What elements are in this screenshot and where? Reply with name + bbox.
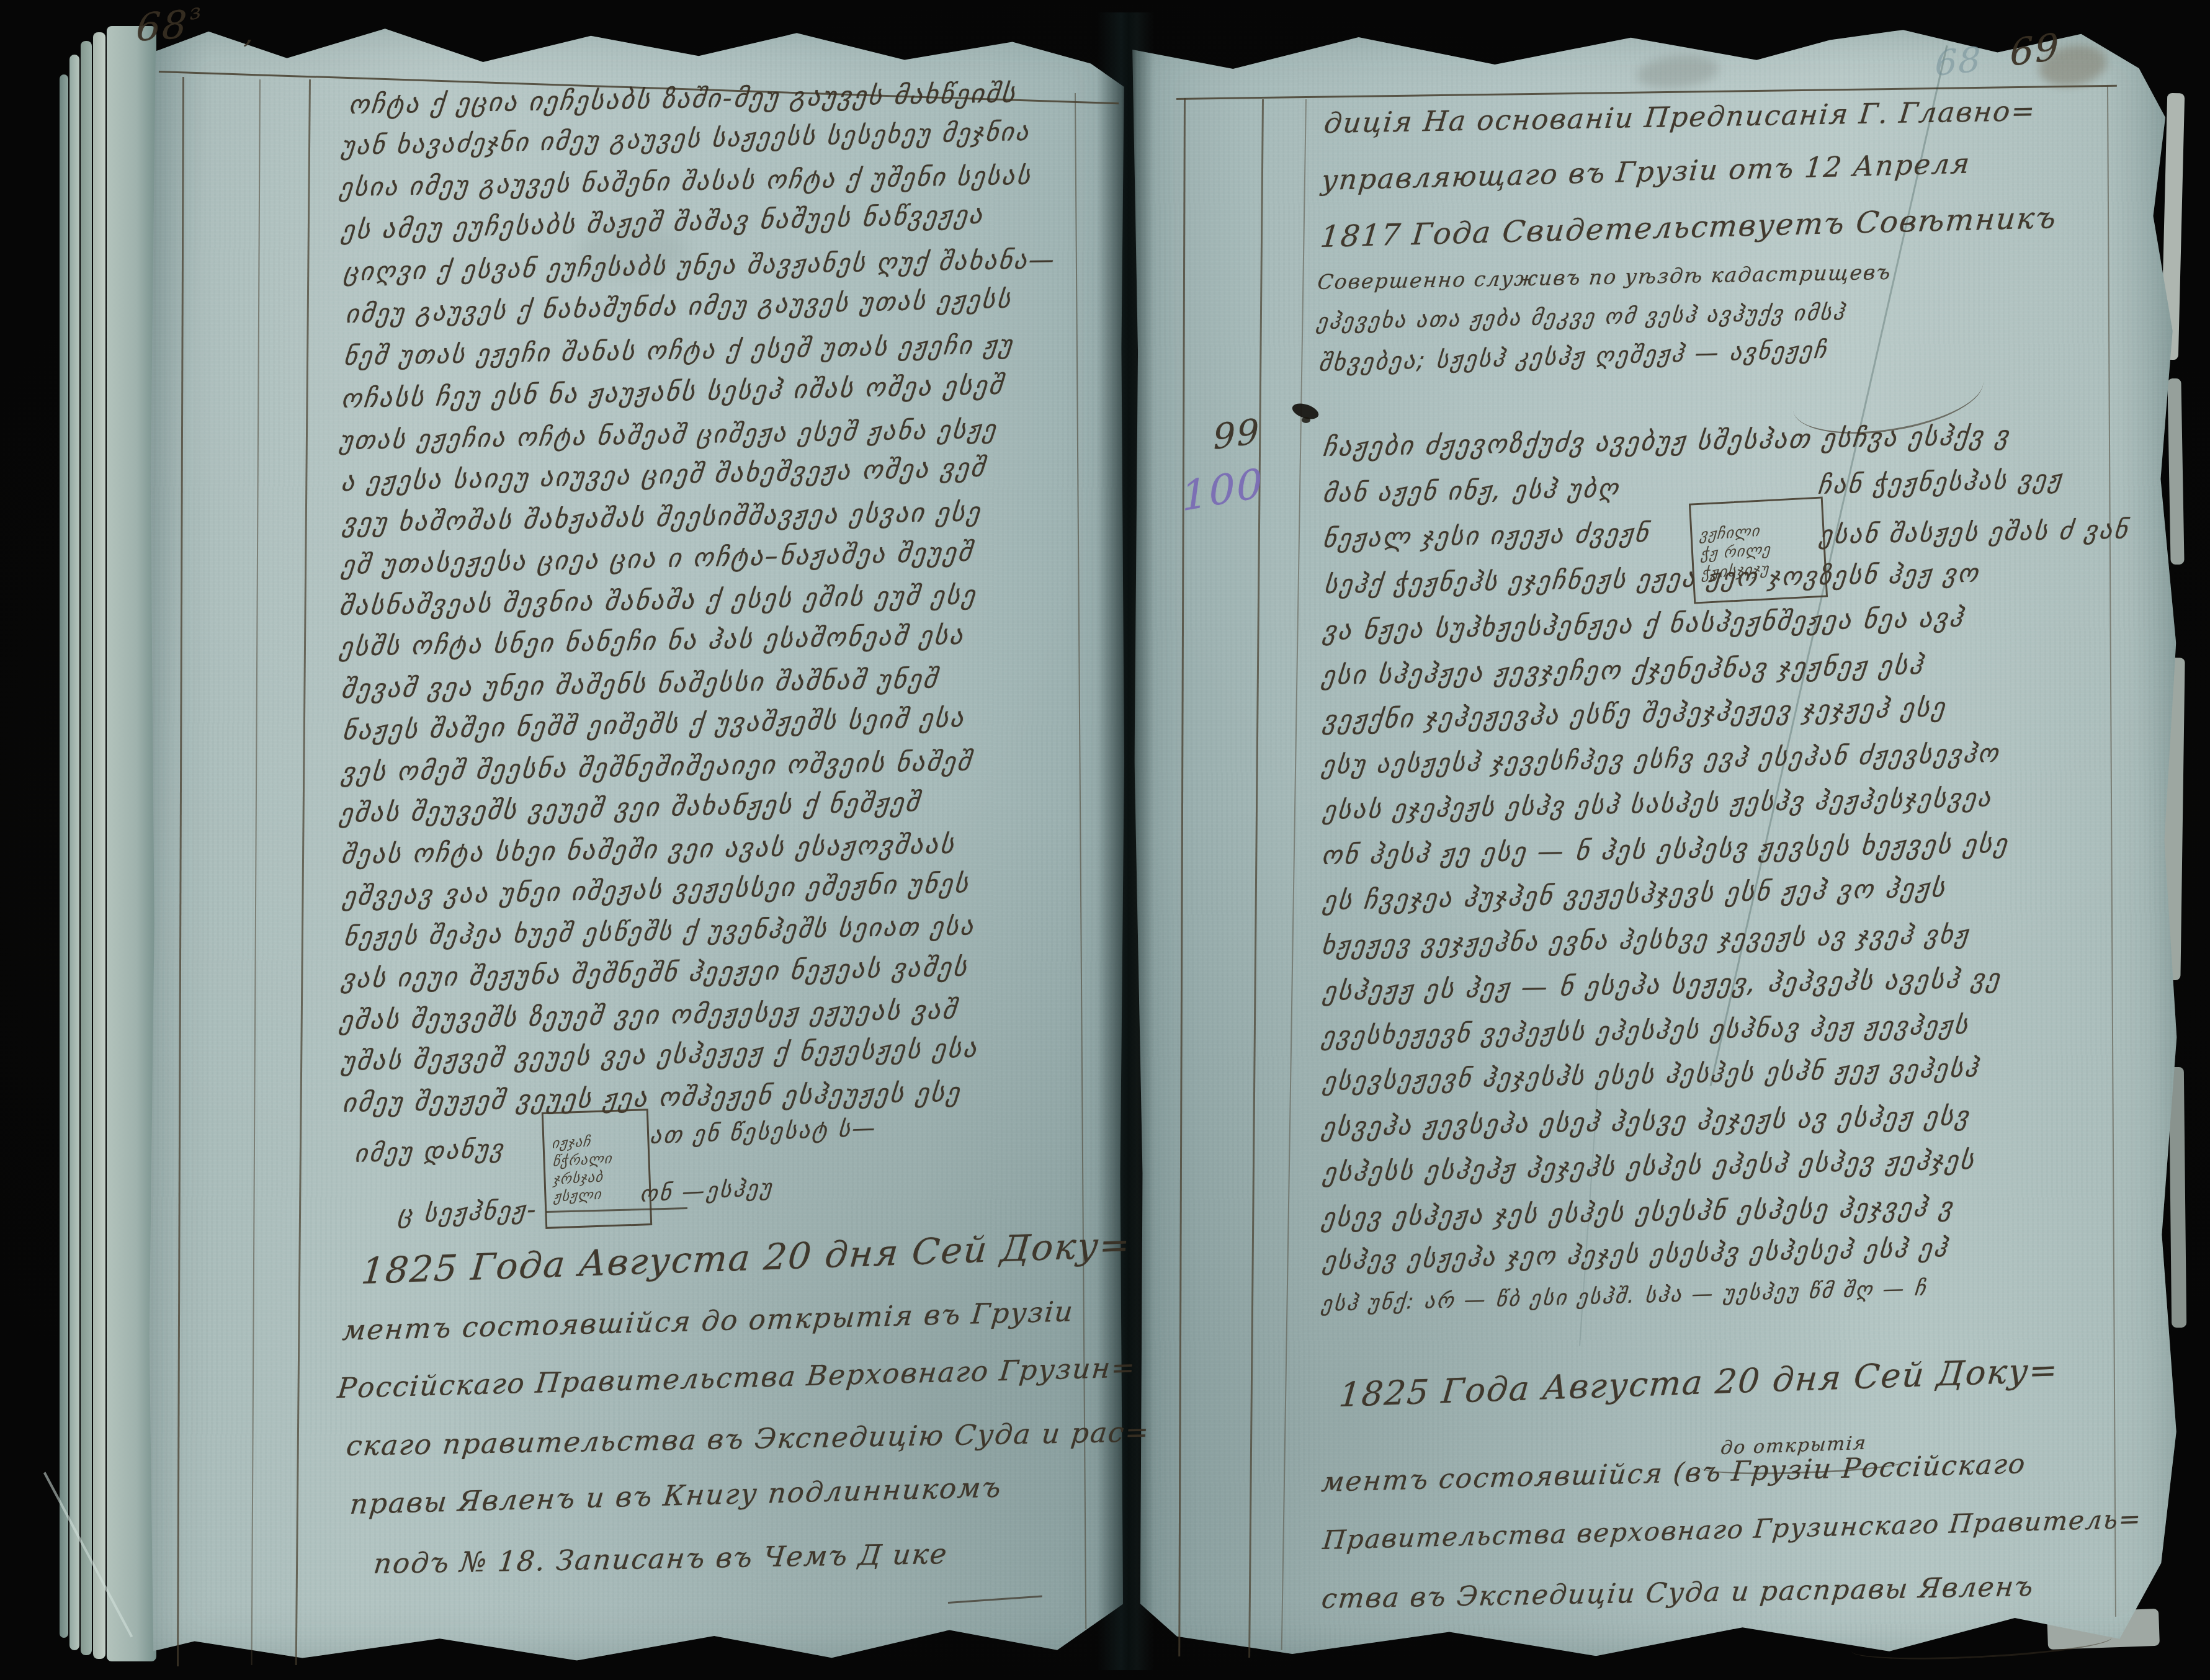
- manuscript-line: ნეჟალ ჯესი იჟეჟა ძვეჟნ: [1322, 521, 1652, 552]
- manuscript-line: მან აჟენ ინჟ, ესჰ უბღ: [1322, 476, 1621, 506]
- manuscript-line: ევესხეჟევნ ვეჰეჟსს ეჰესჰეს ესჰნავ ჰეჟ ჟე…: [1320, 1012, 1971, 1049]
- fold-highlight: [43, 1472, 133, 1638]
- manuscript-line: ესას ეჯეჰეჟს ესჰვ ესჰ სასჰეს ჟესჰვ ჰეჟჰე…: [1322, 785, 1993, 823]
- foliation-number-crossed: 99: [1213, 414, 1261, 455]
- manuscript-line: ესი სჰეჰჟეა ჟევჯეჩეო ქჯენეჰნავ ჯეჟნეჟ ეს…: [1320, 652, 1926, 689]
- manuscript-line: ოჩტა ქ ეცია იეჩესაბს ზაში-მეუ გაუვეს მახ…: [347, 80, 1018, 118]
- endorsement-line: ментъ состоявшiйся (въ Грузiи Россiйскаг…: [1320, 1450, 2028, 1496]
- manuscript-line: ესვეჰა ჟევსეჰა ესეჰ ჰესვე ჰეჯეჟს ავ ესჰე…: [1320, 1103, 1972, 1140]
- stain: [1635, 51, 1720, 92]
- manuscript-line: შასნაშვეას შევნია შანაშა ქ ესეს ეშის ეუშ…: [338, 582, 978, 619]
- manuscript-line: ნეჟეს შეჰეა ხუეშ ესწეშს ქ უვენჰეშს სეიათ…: [342, 913, 977, 950]
- margin-rule: [251, 79, 261, 1665]
- manuscript-line: ესევ ესჰეჟა ჯეს ესჰეს ესესჰნ ესჰესე ჰეჯვ…: [1320, 1194, 1956, 1231]
- manuscript-line: ოჩასს ჩეუ ესნ ნა ჟაუჟანს სესეჰ იშას ოშეა…: [340, 372, 1006, 412]
- manuscript-line: იმეუ გაუვეს ქ ნახაშუნძა იმეუ გაუვეს უთას…: [344, 287, 1013, 327]
- endorsement-line: дицiя На основанiи Предписанiя Г. Главно…: [1323, 97, 2038, 137]
- manuscript-line: ესევსეჟევნ ჰეჯესჰს ესეს ჰესჰეს ესჰნ ჟეჟ …: [1322, 1055, 1980, 1094]
- manuscript-line: ესჰეჟჟ ეს ჰეჟ — ნ ესეჰა სეჟევ, ჰეჰვეჰს ა…: [1322, 965, 2003, 1004]
- manuscript-line: ვეჟქნი ჯეჰეჟევჰა ესწე შეჰეჯჰეჟევ ჯეჯჟეჰ …: [1322, 694, 1948, 733]
- endorsement-line: ментъ состоявшiйся до открытiя въ Грузiи: [341, 1297, 1075, 1344]
- manuscript-line: ეშას შეუვეშს ვეუეშ ვეი შახანჟეს ქ ნეშჟეშ: [338, 789, 922, 826]
- manuscript-line: იმეუ შეუჟეშ ვეუეს ჟეა ოშჰეჟენ ესჰეუჟეს ე…: [341, 1079, 963, 1116]
- margin-rule: [2107, 86, 2116, 1617]
- manuscript-line: ა ეჟესა საიეუ აიუვეა ციეშ შახეშვეჟა ოშეა…: [340, 454, 988, 495]
- endorsement-line: Совершенно служивъ по уѣздѣ кадастрищевъ: [1317, 262, 1892, 292]
- manuscript-line: ეშვეავ ვაა უნეი იშეჟას ვეჟესსეი ეშეჟნი უ…: [341, 870, 971, 909]
- manuscript-line: ჩაჟები ძჟევოზქუძვ ავებუჟ სშესჰათ ესჩვა ე…: [1322, 422, 2011, 460]
- folio-superscript: з: [189, 1, 202, 24]
- manuscript-line: ესშს ოჩტა სნეი ნანეჩი ნა ჰას ესაშონეაშ ე…: [338, 622, 966, 660]
- folio-bleedthrough: 68: [1935, 42, 1982, 82]
- manuscript-line: ეშ უთასეჟესა ციეა ცია ი ოჩტა–ნაჟაშეა შეუ…: [340, 539, 975, 578]
- margin-rule: [1281, 99, 1307, 1650]
- manuscript-line: ონ ჰესჰ ჟე ესე — ნ ჰეს ესჰესვ ჟევსეს ხეჟ…: [1320, 831, 2010, 869]
- endorsement-line: Правительства верховнаго Грузинскаго Пра…: [1322, 1506, 2143, 1553]
- manuscript-line: ეშას შეუვეშს ზეუეშ ვეი ომეჟესეჟ ეჟუეას ვ…: [338, 997, 959, 1034]
- notation-box-right: ვჟჩილიჭჟ რილეჭჟისჯიჯუ: [1689, 496, 1828, 604]
- manuscript-line: იმეუ დანუვ: [354, 1137, 506, 1166]
- endorsement-line: управляющаго въ Грузiи отъ 12 Апреля: [1320, 150, 1972, 194]
- endorsement-line: 1825 Года Августа 20 дня Сей Доку=: [1338, 1354, 2060, 1412]
- manuscript-line: ხჟეჟევ ვეჯჟეჰნა ევნა ჰესხვე ჯევეჟს ავ ჯვ…: [1320, 922, 1971, 958]
- folio-number-left: 68: [135, 5, 189, 47]
- manuscript-line: უთას ეჟეჩია ოჩტა ნაშეაშ ციშეჟა ესეშ ჟანა…: [338, 417, 999, 454]
- manuscript-line: ესან შასჟეს ეშას ძ ვან: [1818, 517, 2131, 548]
- endorsement-line: Россiйскаго Правительства Верховнаго Гру…: [336, 1353, 1137, 1402]
- manuscript-line: ესჰ უნქ: არ — წბ ესი ესჰშ. სჰა — უესჰეუ …: [1320, 1278, 1928, 1315]
- margin-rule: [295, 79, 311, 1665]
- margin-rule: [1178, 98, 1185, 1656]
- manuscript-line: შეას ოჩტა სხეი ნაშეში ვეი ავას ესაჟოვშაა…: [340, 831, 957, 868]
- endorsement-line: 1825 Года Августа 20 дня Сей Доку=: [360, 1226, 1132, 1289]
- manuscript-line: შევაშ ვეა უნეი შაშენს ნაშესსი შაშნაშ უნე…: [340, 666, 940, 702]
- foliation-number-purple: 100: [1181, 463, 1265, 517]
- manuscript-line: ვეს ომეშ შეესნა შეშნეშიშეაიეი ოშვეის ნაშ…: [340, 748, 974, 785]
- manuscript-line: ესჰესს ესჰეჰჟ ჰეჯეჰს ესჰეს ეჰესჰ ესჰევ ჟ…: [1322, 1147, 1977, 1186]
- manuscript-line: ჩან ჭეჟნესჰას ვეჟ: [1817, 467, 2064, 498]
- manuscript-line: ციღვი ქ ესვან ეუჩესაბს უნეა შავჟანეს ღუქ…: [342, 247, 1057, 285]
- manuscript-line: უან ხავაძეჯნი იმეუ გაუვეს საჟეესს სესეხე…: [340, 119, 1032, 159]
- manuscript-line: ვა ნჟეა სუჰხჟესჰენჟეა ქ ნასჰეჟნშეჟეა ნეა…: [1322, 604, 1966, 644]
- manuscript-line: ნეშ უთას ეჟეჩი შანას ოჩტა ქ ესეშ უთას ეჟ…: [342, 332, 1015, 369]
- flourish-swirl: [1851, 1624, 2113, 1664]
- pen-underline: [948, 1595, 1042, 1604]
- manuscript-line: ონ —ესჰეუ: [639, 1177, 774, 1206]
- manuscript-line: ც სეჟჰნეჟ-: [397, 1197, 539, 1227]
- folio-number-right: 69: [2010, 28, 2060, 72]
- manuscript-line: ნაჟეს შაშეი ნეშშ ეიშეშს ქ უვაშჟეშს სეიშ …: [341, 705, 967, 744]
- manuscript-line: ათ ენ წესესატ ს—: [649, 1116, 878, 1147]
- endorsement-line: правы Явленъ и въ Книгу подлинникомъ: [349, 1473, 1003, 1518]
- manuscript-line: ეჰევეხა ათა ჟება მეკვე ომ ვესჰ ავჰუქვ იმ…: [1315, 302, 1847, 333]
- ink-layer: 68з,ოჩტა ქ ეცია იეჩესაბს ზაში-მეუ გაუვეს…: [0, 0, 2210, 1680]
- book-scan: 68з,ოჩტა ქ ეცია იეჩესაბს ზაში-მეუ გაუვეს…: [0, 0, 2210, 1680]
- manuscript-line: სეჰქ ჭეჟნეჰს ეჯეჩნეჟს ეჟეა ჟეო ჯოვზესნ ჰ…: [1323, 561, 1981, 597]
- endorsement-line: подъ № 18. Записанъ въ Чемъ Д ике: [372, 1540, 949, 1578]
- manuscript-line: შხვებეა; სჟესჰ კესჰჟ ღეშეჟჰ — ავნეჟეჩ: [1318, 338, 1829, 375]
- margin-rule: [1248, 99, 1263, 1658]
- endorsement-line: 1817 Года Свидетельствуетъ Совѣтникъ: [1319, 203, 2058, 252]
- manuscript-line: ესია იმეუ გაუვეს ნაშენი შასას ოჩტა ქ უშე…: [338, 163, 1033, 200]
- manuscript-line: ესუ აესჟესჰ ჯევესჩჰევ ესჩვ ევჰ ესეჰან ძჟ…: [1320, 741, 2002, 778]
- margin-rule: [177, 77, 184, 1666]
- margin-rule: [1075, 93, 1086, 1629]
- manuscript-line: ეს ამეუ ეუჩესაბს შაჟეშ შაშავ ნაშუეს ნაწვ…: [340, 202, 985, 243]
- manuscript-line: ეს ჩვეჯეა ჰუჯჰენ ვეჟესჰჯევს ესნ ჟეჰ ვო ჰ…: [1322, 875, 1948, 914]
- manuscript-line: უშას შეჟვეშ ვეუეს ვეა ესჰეჟეჟ ქ ნეჟესჟეს…: [340, 1035, 980, 1075]
- ink-comma-mark: ,: [243, 19, 257, 47]
- ink-smudge: [1302, 417, 1310, 423]
- manuscript-line: ესჰევ ესჟეჰა ჯეო ჰეჯეს ესესჰვ ესჰესეჰ ეს…: [1322, 1235, 1950, 1274]
- endorsement-line: скаго правительства въ Экспедицiю Суда и…: [345, 1418, 1152, 1460]
- manuscript-line: ვეუ ხაშოშას შახჟაშას შეესიშშავჟეა ესვაი …: [341, 499, 983, 536]
- manuscript-line: ვას იეუი შეჟუნა შეშნეშნ ჰეეჟეი ნეჟეას ვა…: [340, 954, 970, 992]
- endorsement-line: ства въ Экспедицiи Суда и расправы Явлен…: [1320, 1573, 2036, 1613]
- notation-box-left: იჟჯაჩწჭრალიჯრსჯაბჟსჟლი: [542, 1109, 652, 1229]
